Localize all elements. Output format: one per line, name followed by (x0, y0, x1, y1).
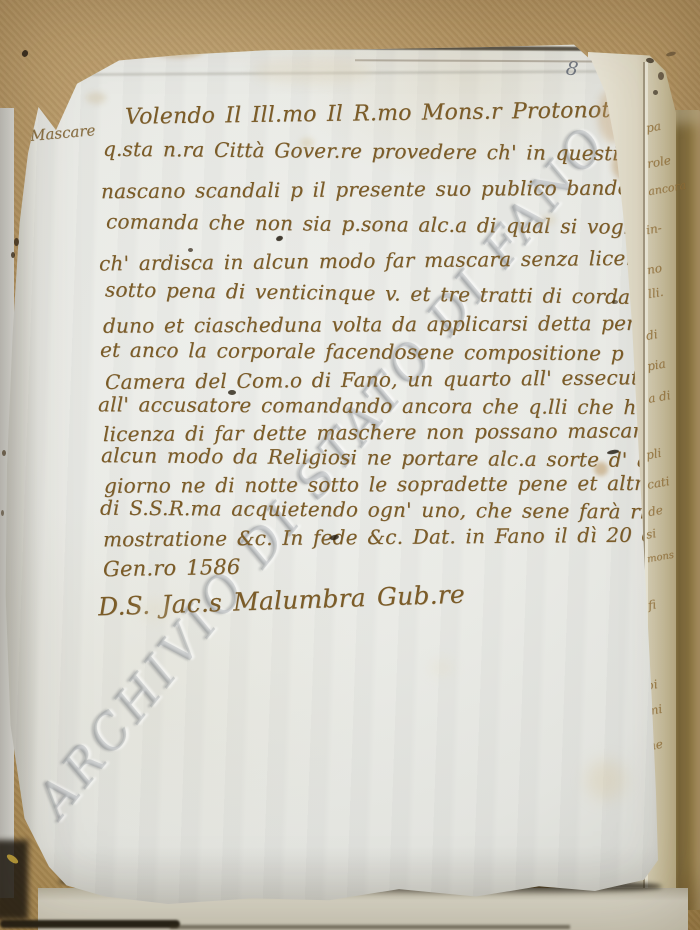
manuscript-line-12: alcun modo da Religiosi ne portare alc.a… (101, 443, 700, 473)
manuscript-line-7: duno et ciascheduna volta da applicarsi … (103, 310, 700, 337)
folio-number: 8 (565, 57, 580, 80)
lower-leaf-edge-line-faint (170, 925, 570, 929)
adjacent-page-fragment: pa (645, 119, 662, 135)
manuscript-line-11: licenza di far dette maschere non possan… (103, 418, 700, 446)
paper-stain (586, 760, 626, 800)
edge-speck (2, 450, 6, 456)
paper-stain (140, 600, 170, 620)
date-line: Gen.ro 1586 (103, 555, 241, 581)
paper-stain (300, 138, 314, 148)
manuscript-line-14: di S.S.R.ma acquietendo ogn' uno, che se… (100, 496, 700, 525)
adjacent-page-fragment: pli (645, 446, 663, 462)
manuscript-line-4: comanda che non sia p.sona alc.a di qual… (106, 209, 700, 240)
ink-blot (188, 248, 193, 252)
manuscript-line-10: all' accusatore comandando ancora che q.… (98, 392, 700, 419)
paper-stain (594, 462, 608, 476)
top-leaf-edge-line (235, 45, 655, 51)
adjacent-page-fragment: in- (645, 221, 663, 238)
paper-stain (540, 215, 556, 225)
lower-leaf-edge-line (0, 920, 180, 928)
paper-stain (150, 42, 205, 58)
manuscript-line-15: mostratione &c. In fede &c. Dat. in Fano… (103, 523, 662, 552)
adjacent-page-fragment: di (645, 327, 659, 343)
manuscript-line-9: Camera del Com.o di Fano, un quarto all'… (105, 364, 700, 394)
adjacent-page-fragment: no (646, 261, 663, 277)
binding-shadow (0, 840, 28, 920)
edge-speck (14, 238, 19, 246)
paper-stain (86, 92, 106, 104)
manuscript-page: ARCHIVIO DI STATO DI FANO 8 Mascare Vole… (0, 0, 700, 930)
ink-blot (612, 300, 618, 304)
edge-speck (658, 72, 664, 80)
adjacent-page-fragment: lli. (647, 285, 665, 301)
edge-speck (653, 90, 658, 95)
ink-blot (275, 235, 283, 242)
manuscript-line-13: giorno ne di notte sotto le sopradette p… (104, 470, 700, 498)
edge-speck (11, 252, 15, 258)
manuscript-line-3: nascano scandali p il presente suo publi… (101, 175, 700, 203)
edge-speck (21, 49, 29, 58)
manuscript-line-6: sotto pena di venticinque v. et tre trat… (105, 277, 700, 310)
adjacent-page-fragment: de (647, 503, 664, 519)
ink-blot (228, 390, 236, 395)
edge-speck (1, 510, 4, 516)
edge-speck (666, 51, 677, 57)
manuscript-line-8: et anco la corporale facendosene composi… (100, 338, 700, 367)
margin-note: Mascare (29, 121, 96, 145)
archive-photograph: paroleancorain-nolli.dipiaa diplicatides… (0, 0, 700, 930)
paper-stain (252, 58, 372, 84)
paper-stain (430, 660, 454, 676)
